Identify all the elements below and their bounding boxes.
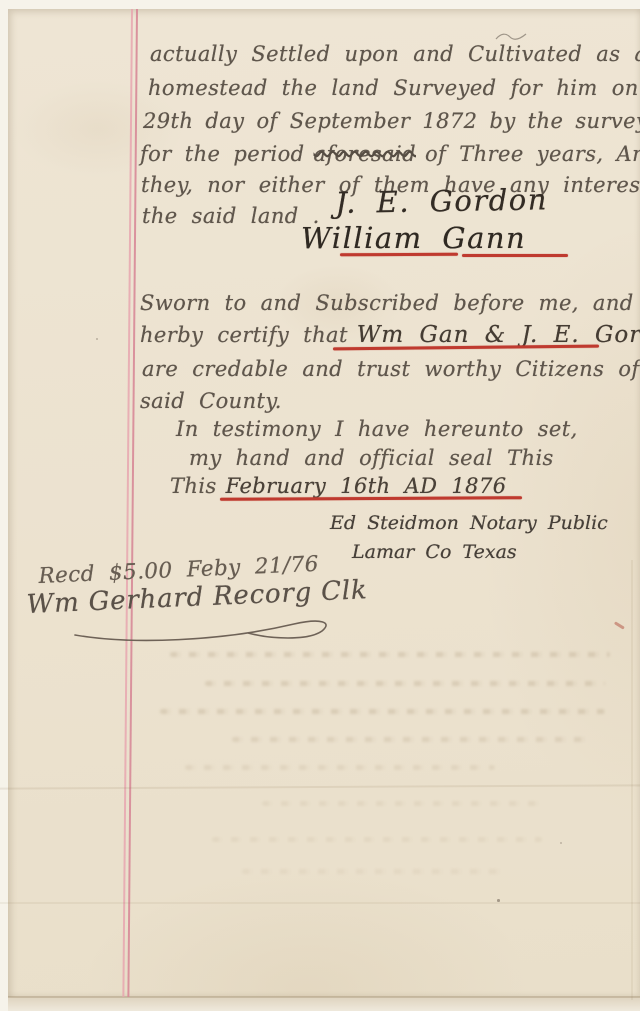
- body-line-2: homestead the land Surveyed for him on t…: [148, 76, 640, 100]
- ink-bleed-ghost: [212, 837, 542, 842]
- red-underline-gann-2: [462, 254, 568, 257]
- jurat-line-1: Sworn to and Subscribed before me, and I…: [140, 291, 640, 315]
- right-edge-line: [631, 560, 633, 1000]
- testimony-line-1: In testimony I have hereunto set,: [176, 417, 578, 441]
- jurat-line-3: are credable and trust worthy Citizens o…: [142, 357, 640, 381]
- signature-gordon: J. E. Gordon: [335, 182, 548, 220]
- ink-bleed-ghost: [160, 709, 605, 714]
- testimony-line-3-pre: This: [170, 474, 217, 498]
- body-line-1: actually Settled upon and Cultivated as …: [150, 42, 640, 66]
- jurat-line-2-pre: herby certify that: [140, 323, 348, 347]
- jurat-line-4: said County.: [140, 389, 282, 413]
- ink-bleed-ghost: [242, 869, 502, 874]
- testimony-line-2: my hand and official seal This: [189, 446, 554, 470]
- body-line-4: for the periodaforesaidof Three years, A…: [140, 142, 640, 166]
- ink-bleed-ghost: [170, 652, 610, 657]
- ink-speck: [96, 338, 98, 340]
- ink-bleed-ghost: [205, 681, 605, 686]
- paper-bottom-edge: [8, 997, 640, 1011]
- ink-bleed-ghost: [262, 801, 547, 806]
- ink-bleed-ghost: [185, 765, 495, 770]
- bottom-edge-line: [8, 996, 640, 998]
- clerk-flourish: [70, 614, 342, 648]
- notary-signature: Ed Steidmon Notary Public: [330, 512, 608, 534]
- fold-crease: [0, 902, 640, 904]
- body-line-3: 29th day of September 1872 by the survey…: [143, 109, 640, 133]
- ink-speck: [497, 899, 500, 902]
- body-line-6: the said land .: [142, 204, 320, 228]
- body-line-4-pre: for the period: [140, 142, 305, 166]
- testimony-line-3: ThisFebruary 16th AD 1876: [170, 474, 506, 498]
- red-underline-gann-1: [340, 253, 458, 257]
- body-line-4-post: of Three years, And: [425, 142, 640, 166]
- ink-speck: [560, 842, 562, 844]
- signature-gann: William Gann: [301, 221, 526, 255]
- notary-place: Lamar Co Texas: [352, 541, 517, 563]
- ink-bleed-ghost: [232, 737, 592, 742]
- testimony-date: February 16th AD 1876: [226, 474, 507, 498]
- struck-word: aforesaid: [314, 142, 416, 166]
- scanned-document-page: actually Settled upon and Cultivated as …: [0, 0, 640, 1011]
